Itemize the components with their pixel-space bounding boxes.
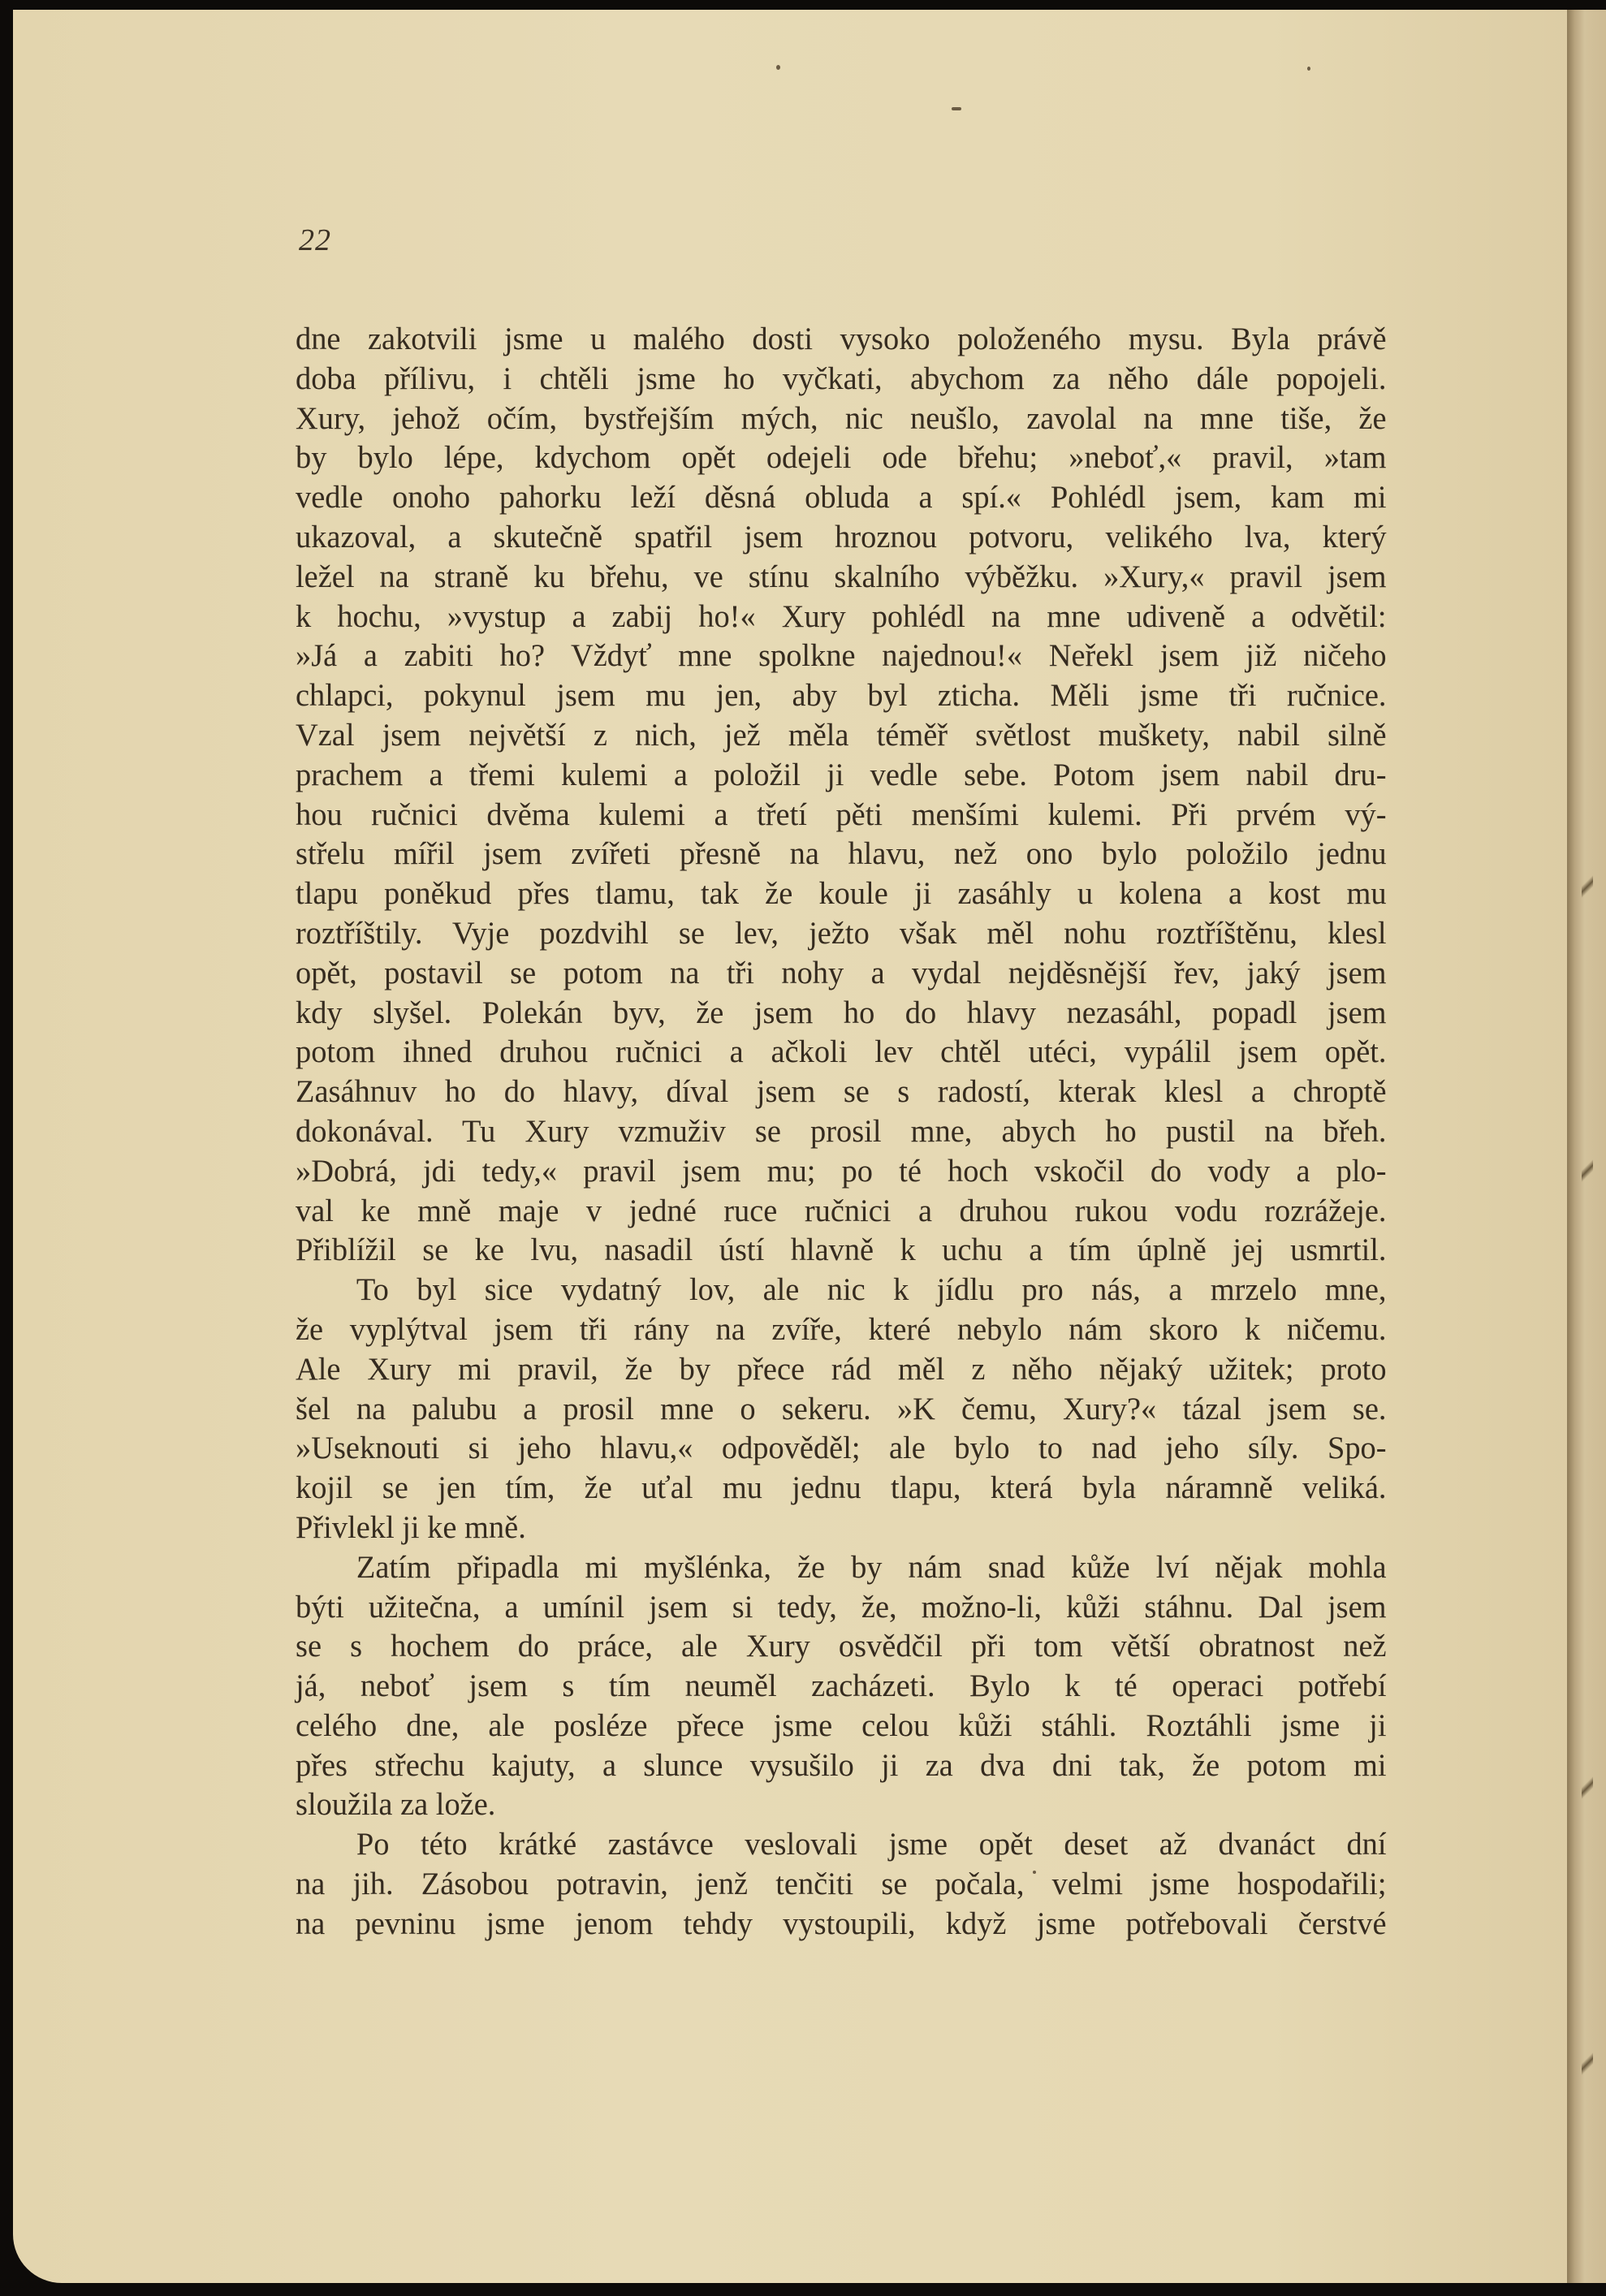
text-line: doba přílivu, i chtěli jsme ho vyčkati, … xyxy=(296,360,1387,399)
text-line: na pevninu jsme jenom tehdy vystoupili, … xyxy=(296,1905,1387,1944)
text-line: Zatím připadla mi myšlénka, že by nám sn… xyxy=(296,1548,1387,1588)
paragraph-2: To byl sice vydatný lov, ale nic k jídlu… xyxy=(296,1271,1387,1548)
text-line: že vyplýtval jsem tři rány na zvíře, kte… xyxy=(296,1310,1387,1350)
text-line: kdy slyšel. Polekán byv, že jsem ho do h… xyxy=(296,994,1387,1034)
paper-speck xyxy=(1033,1871,1036,1874)
text-line: ukazoval, a skutečně spatřil jsem hrozno… xyxy=(296,518,1387,558)
text-line: dne zakotvili jsme u malého dosti vysoko… xyxy=(296,320,1387,360)
text-line: Zasáhnuv ho do hlavy, díval jsem se s ra… xyxy=(296,1072,1387,1112)
text-line: val ke mně maje v jedné ruce ručnici a d… xyxy=(296,1192,1387,1232)
text-line: Přiblížil se ke lvu, nasadil ústí hlavně… xyxy=(296,1231,1387,1271)
text-line: chlapci, pokynul jsem mu jen, aby byl zt… xyxy=(296,676,1387,716)
text-line: opět, postavil se potom na tři nohy a vy… xyxy=(296,954,1387,994)
paragraph-1: dne zakotvili jsme u malého dosti vysoko… xyxy=(296,320,1387,1271)
text-line: Přivlekl ji ke mně. xyxy=(296,1508,1387,1548)
text-line: celého dne, ale posléze přece jsme celou… xyxy=(296,1707,1387,1746)
text-line: přes střechu kajuty, a slunce vysušilo j… xyxy=(296,1746,1387,1786)
paragraph-4: Po této krátké zastávce veslovali jsme o… xyxy=(296,1825,1387,1944)
text-line: šel na palubu a prosil mne o sekeru. »K … xyxy=(296,1390,1387,1430)
page-fold xyxy=(1582,2039,1593,2088)
text-line: dokonával. Tu Xury vzmuživ se prosil mne… xyxy=(296,1112,1387,1152)
page-edge xyxy=(1567,10,1606,2283)
text-line: sloužila za lože. xyxy=(296,1785,1387,1825)
text-line: k hochu, »vystup a zabij ho!« Xury pohlé… xyxy=(296,598,1387,637)
text-line: Vzal jsem největší z nich, jež měla témě… xyxy=(296,716,1387,756)
page-fold xyxy=(1582,1763,1593,1812)
text-line: býti užitečna, a umínil jsem si tedy, že… xyxy=(296,1588,1387,1628)
text-line: na jih. Zásobou potravin, jenž tenčiti s… xyxy=(296,1865,1387,1905)
text-line: hou ručnici dvěma kulemi a třetí pěti me… xyxy=(296,796,1387,835)
paragraph-3: Zatím připadla mi myšlénka, že by nám sn… xyxy=(296,1548,1387,1826)
text-line: Ale Xury mi pravil, že by přece rád měl … xyxy=(296,1350,1387,1390)
text-line: by bylo lépe, kdychom opět odejeli ode b… xyxy=(296,438,1387,478)
page-number: 22 xyxy=(299,222,331,258)
text-line: střelu mířil jsem zvířeti přesně na hlav… xyxy=(296,835,1387,874)
text-line: Po této krátké zastávce veslovali jsme o… xyxy=(296,1825,1387,1865)
text-line: »Dobrá, jdi tedy,« pravil jsem mu; po té… xyxy=(296,1152,1387,1192)
text-line: prachem a třemi kulemi a položil ji vedl… xyxy=(296,756,1387,796)
text-line: kojil se jen tím, že uťal mu jednu tlapu… xyxy=(296,1469,1387,1508)
text-line: vedle onoho pahorku leží děsná obluda a … xyxy=(296,478,1387,518)
text-line: ležel na straně ku břehu, ve stínu skaln… xyxy=(296,558,1387,598)
page-fold xyxy=(1582,862,1593,911)
text-line: »Já a zabiti ho? Vždyť mne spolkne najed… xyxy=(296,637,1387,676)
text-line: potom ihned druhou ručnici a ačkoli lev … xyxy=(296,1033,1387,1072)
text-line: roztříštily. Vyje pozdvihl se lev, ježto… xyxy=(296,914,1387,954)
scan-border-bottom xyxy=(203,2283,1606,2296)
text-line: To byl sice vydatný lov, ale nic k jídlu… xyxy=(296,1271,1387,1310)
book-page: 22 dne zakotvili jsme u malého dosti vys… xyxy=(13,10,1578,2283)
page-fold xyxy=(1582,1146,1593,1195)
text-line: tlapu poněkud přes tlamu, tak že koule j… xyxy=(296,874,1387,914)
text-line: se s hochem do práce, ale Xury osvědčil … xyxy=(296,1627,1387,1667)
paper-speck xyxy=(952,107,961,110)
paper-speck xyxy=(1307,67,1310,71)
text-line: »Useknouti si jeho hlavu,« odpověděl; al… xyxy=(296,1429,1387,1469)
text-line: Xury, jehož očím, bystřejším mých, nic n… xyxy=(296,399,1387,439)
paper-speck xyxy=(776,65,780,70)
text-line: já, neboť jsem s tím neuměl zacházeti. B… xyxy=(296,1667,1387,1707)
body-text: dne zakotvili jsme u malého dosti vysoko… xyxy=(296,320,1387,1944)
